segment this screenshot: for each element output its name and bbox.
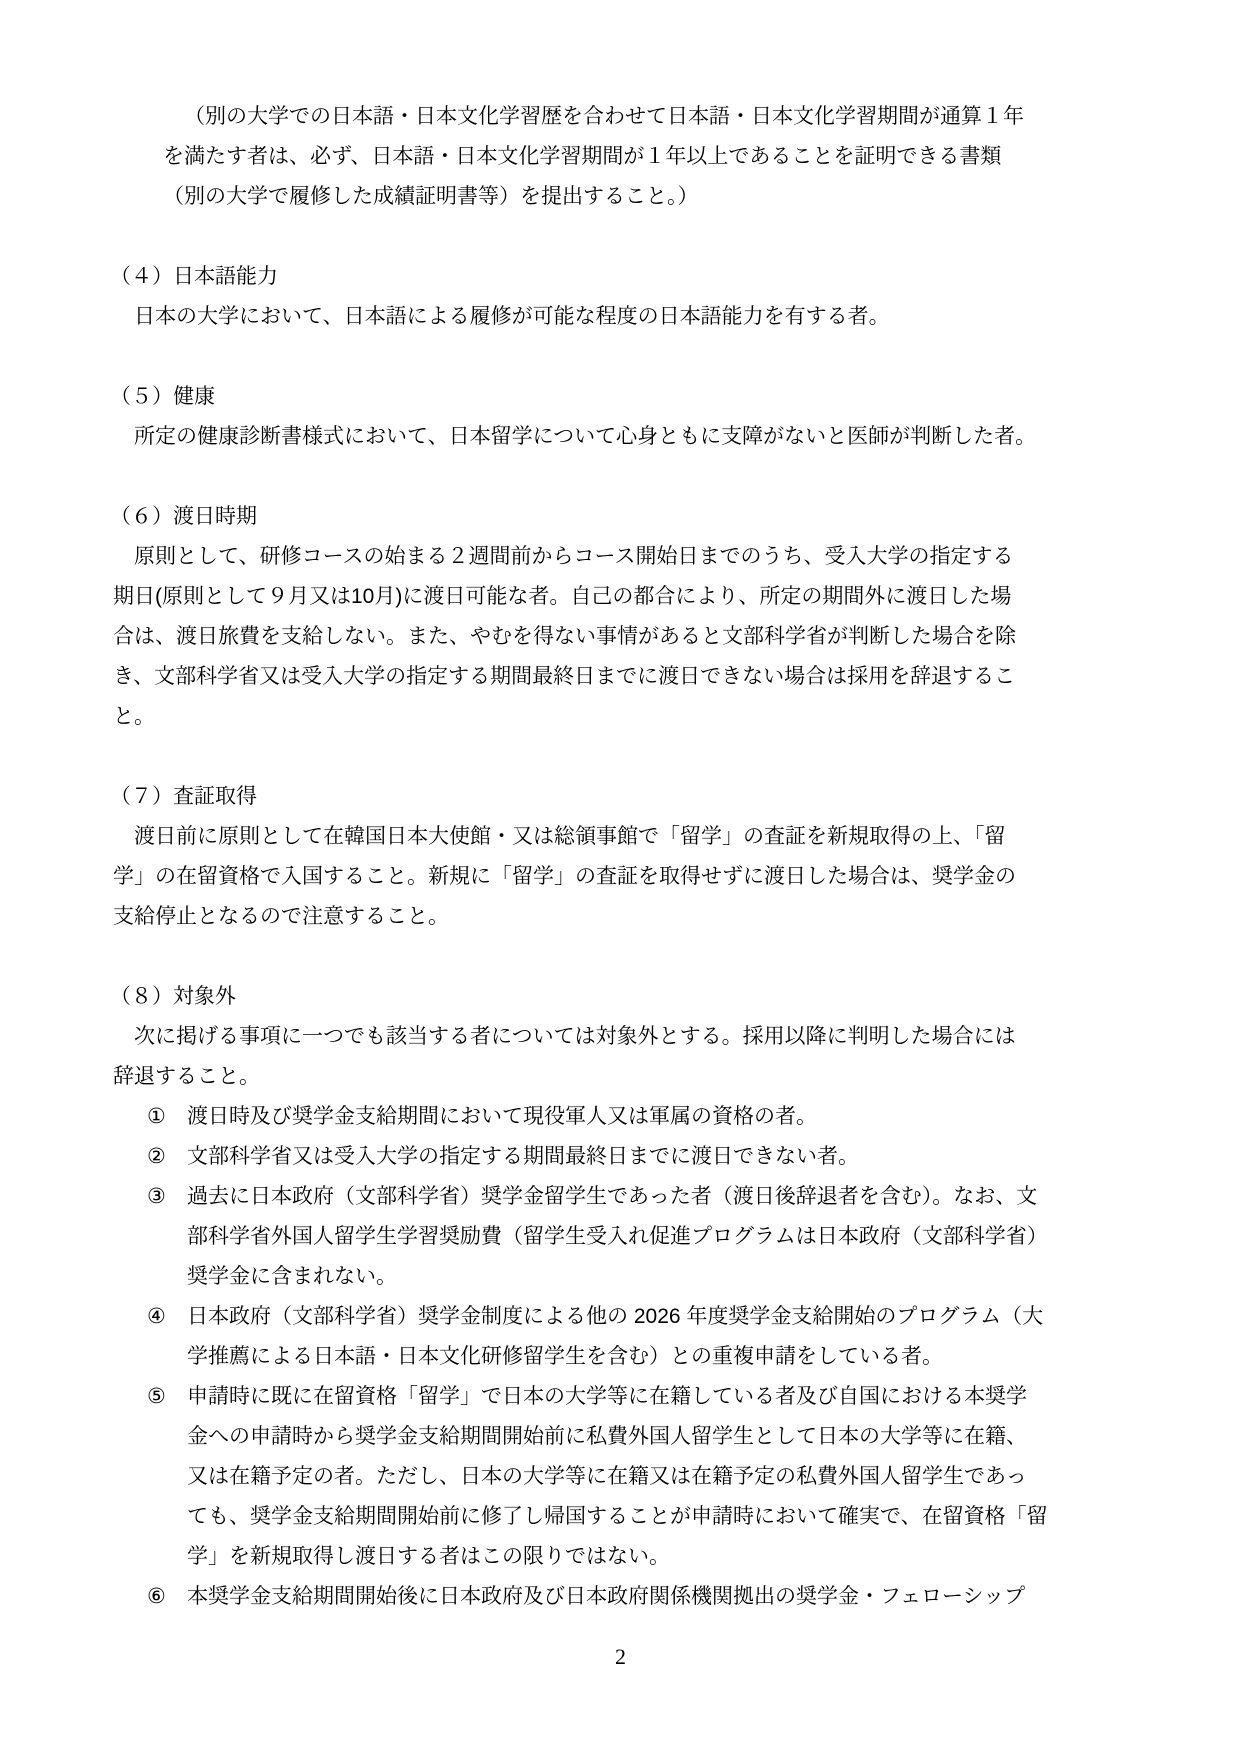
item-line: 学推薦による日本語・日本文化研修留学生を含む）との重複申請をしている者。 <box>187 1337 1043 1377</box>
item-line: 渡日時及び奨学金支給期間において現役軍人又は軍属の資格の者。 <box>187 1097 817 1137</box>
section-heading: （７）査証取得 <box>110 777 1241 817</box>
page-number: 2 <box>0 1641 1241 1673</box>
body-line: と。 <box>113 697 1241 737</box>
item-line: 文部科学省又は受入大学の指定する期間最終日までに渡日できない者。 <box>187 1137 859 1177</box>
section-health: （５）健康 所定の健康診断書様式において、日本留学について心身ともに支障がないと… <box>0 377 1241 457</box>
section-body: 原則として、研修コースの始まる２週間前からコース開始日までのうち、受入大学の指定… <box>113 537 1241 737</box>
document-content: （別の大学での日本語・日本文化学習歴を合わせて日本語・日本文化学習期間が通算１年… <box>0 0 1241 1673</box>
item-marker: ② <box>147 1137 187 1177</box>
section-body: 所定の健康診断書様式において、日本留学について心身ともに支障がないと医師が判断し… <box>113 417 1241 457</box>
section-visa: （７）査証取得 渡日前に原則として在韓国日本大使館・又は総領事館で「留学」の査証… <box>0 777 1241 937</box>
body-line: き、文部科学省又は受入大学の指定する期間最終日までに渡日できない場合は採用を辞退… <box>113 657 1241 697</box>
item-marker: ⑥ <box>147 1577 187 1617</box>
list-item: ④ 日本政府（文部科学省）奨学金制度による他の 2026 年度奨学金支給開始のプ… <box>147 1297 1241 1377</box>
list-item: ① 渡日時及び奨学金支給期間において現役軍人又は軍属の資格の者。 <box>147 1097 1241 1137</box>
item-line: ても、奨学金支給期間開始前に修了し帰国することが申請時において確実で、在留資格「… <box>187 1497 1048 1537</box>
item-text: 日本政府（文部科学省）奨学金制度による他の 2026 年度奨学金支給開始のプログ… <box>187 1297 1043 1377</box>
item-line: 金への申請時から奨学金支給期間開始前に私費外国人留学生として日本の大学等に在籍、 <box>187 1417 1048 1457</box>
item-line: 過去に日本政府（文部科学省）奨学金留学生であった者（渡日後辞退者を含む）。なお、… <box>187 1177 1048 1217</box>
section-heading: （５）健康 <box>110 377 1241 417</box>
item-text: 過去に日本政府（文部科学省）奨学金留学生であった者（渡日後辞退者を含む）。なお、… <box>187 1177 1048 1297</box>
body-line: 学」の在留資格で入国すること。新規に「留学」の査証を取得せずに渡日した場合は、奨… <box>113 857 1241 897</box>
section-heading: （６）渡日時期 <box>110 497 1241 537</box>
item-text: 申請時に既に在留資格「留学」で日本の大学等に在籍している者及び自国における本奨学… <box>187 1377 1048 1577</box>
note-paragraph: （別の大学での日本語・日本文化学習歴を合わせて日本語・日本文化学習期間が通算１年… <box>163 97 1241 217</box>
body-line: 日本の大学において、日本語による履修が可能な程度の日本語能力を有する者。 <box>113 297 1241 337</box>
note-line: を満たす者は、必ず、日本語・日本文化学習期間が１年以上であることを証明できる書類 <box>163 137 1241 177</box>
note-line: （別の大学での日本語・日本文化学習歴を合わせて日本語・日本文化学習期間が通算１年 <box>163 97 1241 137</box>
body-line: 次に掲げる事項に一つでも該当する者については対象外とする。採用以降に判明した場合… <box>113 1017 1241 1057</box>
ineligibility-item-list: ① 渡日時及び奨学金支給期間において現役軍人又は軍属の資格の者。 ② 文部科学省… <box>147 1097 1241 1617</box>
document-page: （別の大学での日本語・日本文化学習歴を合わせて日本語・日本文化学習期間が通算１年… <box>0 0 1241 1754</box>
item-line: 部科学省外国人留学生学習奨励費（留学生受入れ促進プログラムは日本政府（文部科学省… <box>187 1217 1048 1257</box>
section-body: 次に掲げる事項に一つでも該当する者については対象外とする。採用以降に判明した場合… <box>113 1017 1241 1097</box>
note-line: （別の大学で履修した成績証明書等）を提出すること。） <box>163 177 1241 217</box>
item-text: 渡日時及び奨学金支給期間において現役軍人又は軍属の資格の者。 <box>187 1097 817 1137</box>
section-body: 日本の大学において、日本語による履修が可能な程度の日本語能力を有する者。 <box>113 297 1241 337</box>
section-arrival-period: （６）渡日時期 原則として、研修コースの始まる２週間前からコース開始日までのうち… <box>0 497 1241 737</box>
list-item: ⑥ 本奨学金支給期間開始後に日本政府及び日本政府関係機関拠出の奨学金・フェローシ… <box>147 1577 1241 1617</box>
item-text: 本奨学金支給期間開始後に日本政府及び日本政府関係機関拠出の奨学金・フェローシップ <box>187 1577 1025 1617</box>
body-line: 支給停止となるので注意すること。 <box>113 897 1241 937</box>
body-line: 原則として、研修コースの始まる２週間前からコース開始日までのうち、受入大学の指定… <box>113 537 1241 577</box>
item-marker: ④ <box>147 1297 187 1337</box>
item-line: 又は在籍予定の者。ただし、日本の大学等に在籍又は在籍予定の私費外国人留学生であっ <box>187 1457 1048 1497</box>
item-text: 文部科学省又は受入大学の指定する期間最終日までに渡日できない者。 <box>187 1137 859 1177</box>
section-heading: （８）対象外 <box>110 977 1241 1017</box>
list-item: ⑤ 申請時に既に在留資格「留学」で日本の大学等に在籍している者及び自国における本… <box>147 1377 1241 1577</box>
item-marker: ③ <box>147 1177 187 1217</box>
section-heading: （４）日本語能力 <box>110 257 1241 297</box>
item-marker: ① <box>147 1097 187 1137</box>
item-line: 申請時に既に在留資格「留学」で日本の大学等に在籍している者及び自国における本奨学 <box>187 1377 1048 1417</box>
body-line: 期日(原則として９月又は10月)に渡日可能な者。自己の都合により、所定の期間外に… <box>113 577 1241 617</box>
list-item: ③ 過去に日本政府（文部科学省）奨学金留学生であった者（渡日後辞退者を含む）。な… <box>147 1177 1241 1297</box>
item-line: 日本政府（文部科学省）奨学金制度による他の 2026 年度奨学金支給開始のプログ… <box>187 1297 1043 1337</box>
section-body: 渡日前に原則として在韓国日本大使館・又は総領事館で「留学」の査証を新規取得の上、… <box>113 817 1241 937</box>
body-line: 所定の健康診断書様式において、日本留学について心身ともに支障がないと医師が判断し… <box>113 417 1241 457</box>
section-japanese-ability: （４）日本語能力 日本の大学において、日本語による履修が可能な程度の日本語能力を… <box>0 257 1241 337</box>
item-marker: ⑤ <box>147 1377 187 1417</box>
item-line: 本奨学金支給期間開始後に日本政府及び日本政府関係機関拠出の奨学金・フェローシップ <box>187 1577 1025 1617</box>
item-line: 学」を新規取得し渡日する者はこの限りではない。 <box>187 1537 1048 1577</box>
item-line: 奨学金に含まれない。 <box>187 1257 1048 1297</box>
body-line: 渡日前に原則として在韓国日本大使館・又は総領事館で「留学」の査証を新規取得の上、… <box>113 817 1241 857</box>
body-line: 辞退すること。 <box>113 1057 1241 1097</box>
list-item: ② 文部科学省又は受入大学の指定する期間最終日までに渡日できない者。 <box>147 1137 1241 1177</box>
body-line: 合は、渡日旅費を支給しない。また、やむを得ない事情があると文部科学省が判断した場… <box>113 617 1241 657</box>
section-ineligibility: （８）対象外 次に掲げる事項に一つでも該当する者については対象外とする。採用以降… <box>0 977 1241 1617</box>
